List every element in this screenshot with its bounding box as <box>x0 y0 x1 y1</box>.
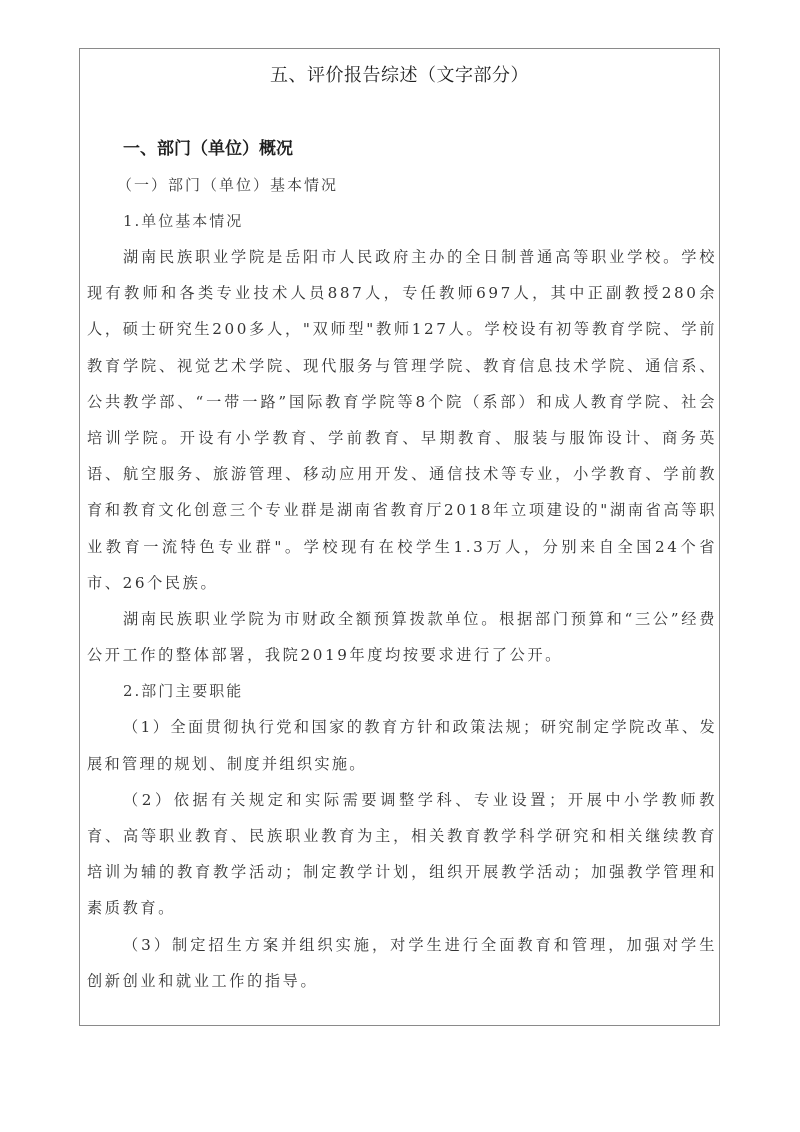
item1-heading: 1.单位基本情况 <box>123 203 717 239</box>
paragraph-function-1: （1）全面贯彻执行党和国家的教育方针和政策法规；研究制定学院改革、发展和管理的规… <box>87 709 717 781</box>
report-frame: 五、评价报告综述（文字部分） 一、部门（单位）概况 （一）部门（单位）基本情况 … <box>79 48 720 1026</box>
paragraph-unit-overview: 湖南民族职业学院是岳阳市人民政府主办的全日制普通高等职业学校。学校现有教师和各类… <box>87 239 717 601</box>
paragraph-budget-disclosure: 湖南民族职业学院为市财政全额预算拨款单位。根据部门预算和“三公”经费公开工作的整… <box>87 601 717 673</box>
paragraph-function-3: （3）制定招生方案并组织实施，对学生进行全面教育和管理，加强对学生创新创业和就业… <box>87 927 717 999</box>
paragraph-function-2: （2）依据有关规定和实际需要调整学科、专业设置；开展中小学教师教育、高等职业教育… <box>87 782 717 927</box>
section-heading: 一、部门（单位）概况 <box>123 131 717 167</box>
item2-heading: 2.部门主要职能 <box>123 673 717 709</box>
report-body: 一、部门（单位）概况 （一）部门（单位）基本情况 1.单位基本情况 湖南民族职业… <box>87 131 717 999</box>
page-title: 五、评价报告综述（文字部分） <box>80 61 719 87</box>
subsection-heading: （一）部门（单位）基本情况 <box>117 167 717 203</box>
